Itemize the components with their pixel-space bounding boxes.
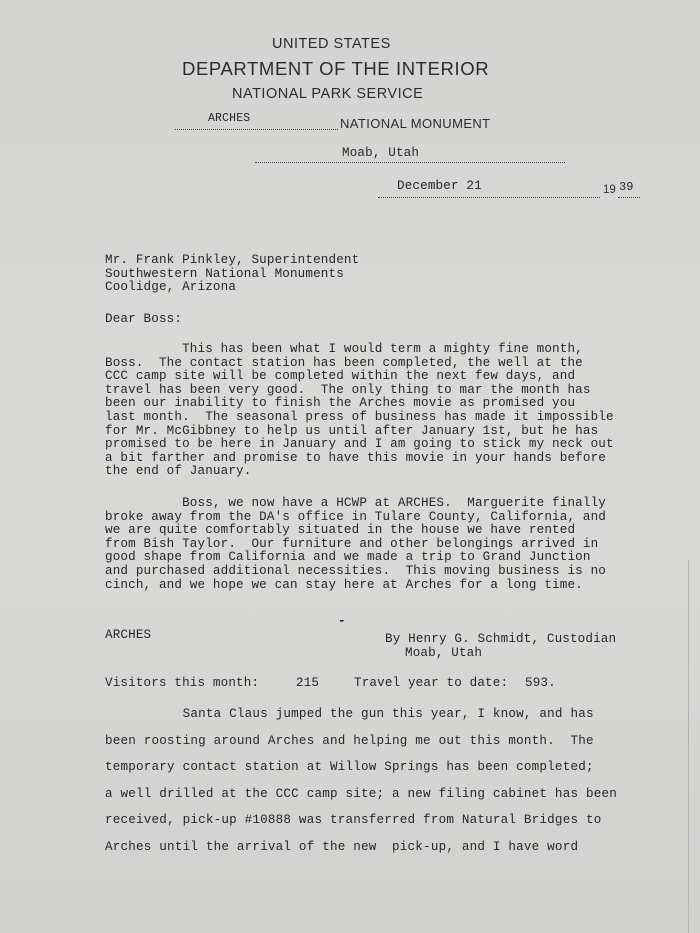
text-line: we are quite comfortably situated in the… [105,524,606,538]
travel-value: 593. [525,676,556,690]
text-line: for Mr. McGibbney to help us until after… [105,425,614,439]
letter-date: December 21 [397,179,482,193]
text-line: good shape from California and we made a… [105,551,606,565]
letterhead-united-states: UNITED STATES [272,36,391,52]
text-line: been roosting around Arches and helping … [105,728,617,755]
body-paragraph-1: This has been what I would term a mighty… [105,343,614,479]
recipient-line: Southwestern National Monuments [105,268,359,282]
year-line [618,197,640,198]
body-paragraph-2: Boss, we now have a HCWP at ARCHES. Marg… [105,497,606,592]
text-line: promised to be here in January and I am … [105,438,614,452]
letterhead-department: DEPARTMENT OF THE INTERIOR [182,58,489,80]
monument-name: ARCHES [208,112,250,125]
travel-label: Travel year to date: [354,676,508,690]
letterhead-monument-label: NATIONAL MONUMENT [340,116,491,131]
year-suffix: 39 [619,180,633,194]
report-paragraph: Santa Claus jumped the gun this year, I … [105,701,617,860]
text-line: Boss, we now have a HCWP at ARCHES. Marg… [105,497,606,511]
recipient-line: Coolidge, Arizona [105,281,359,295]
visitors-label: Visitors this month: [105,676,259,690]
text-line: a well drilled at the CCC camp site; a n… [105,781,617,808]
text-line: from Bish Taylor. Our furniture and othe… [105,538,606,552]
report-author: By Henry G. Schmidt, Custodian [385,632,616,646]
text-line: been our inability to finish the Arches … [105,397,614,411]
visitors-value: 215 [296,676,319,690]
recipient-address: Mr. Frank Pinkley, SuperintendentSouthwe… [105,254,359,295]
text-line: and purchased additional necessities. Th… [105,565,606,579]
text-line: travel has been very good. The only thin… [105,384,614,398]
report-heading: ARCHES [105,628,151,642]
recipient-line: Mr. Frank Pinkley, Superintendent [105,254,359,268]
salutation: Dear Boss: [105,312,182,326]
text-line: temporary contact station at Willow Spri… [105,754,617,781]
text-line: Santa Claus jumped the gun this year, I … [105,701,617,728]
location-line [255,162,565,163]
text-line: the end of January. [105,465,614,479]
text-line: cinch, and we hope we can stay here at A… [105,579,606,593]
text-line: a bit farther and promise to have this m… [105,452,614,466]
text-line: received, pick-up #10888 was transferred… [105,807,617,834]
report-author-location: Moab, Utah [405,646,482,660]
location: Moab, Utah [342,146,419,160]
letterhead-park-service: NATIONAL PARK SERVICE [232,86,423,102]
text-line: CCC camp site will be completed within t… [105,370,614,384]
text-line: Boss. The contact station has been compl… [105,357,614,371]
text-line: last month. The seasonal press of busine… [105,411,614,425]
text-line: Arches until the arrival of the new pick… [105,834,617,861]
letter-page: UNITED STATES DEPARTMENT OF THE INTERIOR… [0,0,700,933]
text-line: This has been what I would term a mighty… [105,343,614,357]
date-line [378,197,600,198]
year-prefix: 19 [603,184,616,196]
monument-name-line [175,129,338,130]
text-line: broke away from the DA's office in Tular… [105,511,606,525]
separator-dash: - [338,614,346,628]
page-edge-line [688,560,689,933]
